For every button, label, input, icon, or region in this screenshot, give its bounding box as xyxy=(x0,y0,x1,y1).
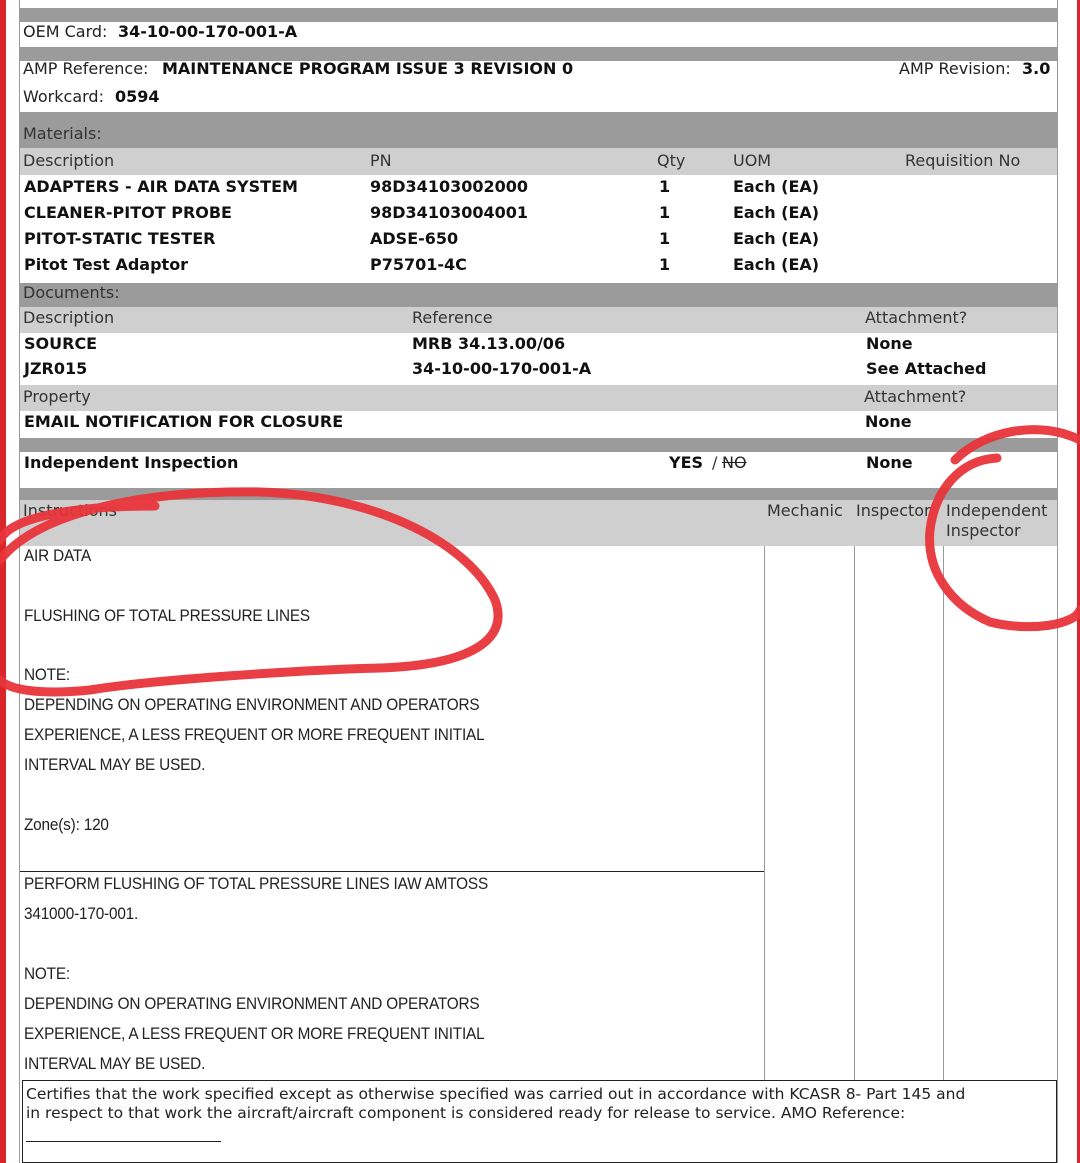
col-attachment: Attachment? xyxy=(865,308,967,328)
instruction-line: INTERVAL MAY BE USED. xyxy=(24,1054,205,1074)
document-reference: MRB 34.13.00/06 xyxy=(412,334,565,354)
instruction-line: DEPENDING ON OPERATING ENVIRONMENT AND O… xyxy=(24,695,479,715)
material-pn: 98D34103002000 xyxy=(370,177,528,197)
workcard-document: OEM Card: 34-10-00-170-001-A AMP Referen… xyxy=(19,0,1058,1163)
instruction-step-2: PERFORM FLUSHING OF TOTAL PRESSURE LINES… xyxy=(20,872,764,1080)
material-description: ADAPTERS - AIR DATA SYSTEM xyxy=(24,177,298,197)
instruction-line: PERFORM FLUSHING OF TOTAL PRESSURE LINES… xyxy=(24,874,488,894)
independent-inspection-value: None xyxy=(866,453,913,473)
table-row: EMAIL NOTIFICATION FOR CLOSURE None xyxy=(20,411,1057,437)
instruction-line: FLUSHING OF TOTAL PRESSURE LINES xyxy=(24,606,310,626)
certification-box: Certifies that the work specified except… xyxy=(22,1080,1057,1163)
certification-text: Certifies that the work specified except… xyxy=(26,1085,1056,1123)
materials-section-header: Materials: xyxy=(20,112,1057,148)
instruction-line: AIR DATA xyxy=(24,546,91,566)
instruction-line: EXPERIENCE, A LESS FREQUENT OR MORE FREQ… xyxy=(24,1024,484,1044)
materials-label: Materials: xyxy=(23,124,102,144)
material-pn: 98D34103004001 xyxy=(370,203,528,223)
material-uom: Each (EA) xyxy=(733,177,819,197)
documents-label: Documents: xyxy=(23,283,120,303)
documents-table-body: SOURCE MRB 34.13.00/06 None JZR015 34-10… xyxy=(20,333,1057,385)
independent-inspection-no[interactable]: NO xyxy=(722,453,747,473)
property-attachment: None xyxy=(865,412,912,432)
material-uom: Each (EA) xyxy=(733,255,819,275)
materials-table-body: ADAPTERS - AIR DATA SYSTEM 98D3410300200… xyxy=(20,175,1057,283)
col-pn: PN xyxy=(370,151,392,171)
col-property: Property xyxy=(23,387,91,407)
material-description: CLEANER-PITOT PROBE xyxy=(24,203,232,223)
inspector-signoff-column[interactable] xyxy=(854,546,855,1081)
oem-card-row: OEM Card: 34-10-00-170-001-A xyxy=(20,22,1057,48)
workcard-label: Workcard: xyxy=(23,87,104,107)
oem-card-value: 34-10-00-170-001-A xyxy=(118,22,297,42)
material-description: PITOT-STATIC TESTER xyxy=(24,229,215,249)
document-reference: 34-10-00-170-001-A xyxy=(412,359,591,379)
independent-inspection-row: Independent Inspection YES / NO None xyxy=(20,452,1057,488)
documents-section-header: Documents: xyxy=(20,283,1057,307)
material-qty: 1 xyxy=(659,255,670,275)
independent-inspector-signoff-column[interactable] xyxy=(943,546,944,1081)
material-uom: Each (EA) xyxy=(733,229,819,249)
col-instructions: Instructions xyxy=(23,501,117,521)
material-qty: 1 xyxy=(659,177,670,197)
material-pn: ADSE-650 xyxy=(370,229,458,249)
page-margin-left xyxy=(6,0,18,1163)
material-qty: 1 xyxy=(659,229,670,249)
section-divider xyxy=(20,8,1057,22)
col-requisition: Requisition No xyxy=(905,151,1020,171)
amp-reference-label: AMP Reference: xyxy=(23,59,148,79)
materials-column-header: Description PN Qty UOM Requisition No xyxy=(20,148,1057,175)
section-divider xyxy=(20,438,1057,452)
instruction-line: INTERVAL MAY BE USED. xyxy=(24,755,205,775)
independent-inspection-label: Independent Inspection xyxy=(24,453,238,473)
oem-card-label: OEM Card: xyxy=(23,22,107,42)
section-divider xyxy=(20,488,1057,500)
col-description: Description xyxy=(23,151,114,171)
instruction-line: NOTE: xyxy=(24,665,70,685)
instruction-line: EXPERIENCE, A LESS FREQUENT OR MORE FREQ… xyxy=(24,725,484,745)
amp-reference-row: AMP Reference: MAINTENANCE PROGRAM ISSUE… xyxy=(20,61,1057,111)
instruction-line: DEPENDING ON OPERATING ENVIRONMENT AND O… xyxy=(24,994,479,1014)
amp-revision-value: 3.0 xyxy=(1022,59,1050,79)
independent-inspection-separator: / xyxy=(712,453,717,473)
instructions-column-header: Instructions Mechanic Inspector Independ… xyxy=(20,500,1057,546)
col-description: Description xyxy=(23,308,114,328)
material-pn: P75701-4C xyxy=(370,255,467,275)
documents-column-header: Description Reference Attachment? xyxy=(20,307,1057,333)
document-attachment-link[interactable]: See Attached xyxy=(866,359,986,379)
col-mechanic: Mechanic xyxy=(767,501,843,521)
document-description: SOURCE xyxy=(24,334,97,354)
col-uom: UOM xyxy=(733,151,771,171)
material-qty: 1 xyxy=(659,203,670,223)
col-reference: Reference xyxy=(412,308,493,328)
amtoss-reference: 341000-170-001. xyxy=(24,904,138,924)
instruction-step-1: AIR DATA FLUSHING OF TOTAL PRESSURE LINE… xyxy=(20,546,764,871)
certification-line: Certifies that the work specified except… xyxy=(26,1085,1056,1104)
workcard-value: 0594 xyxy=(115,87,160,107)
amp-reference-value: MAINTENANCE PROGRAM ISSUE 3 REVISION 0 xyxy=(162,59,573,79)
property-description: EMAIL NOTIFICATION FOR CLOSURE xyxy=(24,412,343,432)
material-description: Pitot Test Adaptor xyxy=(24,255,188,275)
document-attachment: None xyxy=(866,334,913,354)
certification-line: in respect to that work the aircraft/air… xyxy=(26,1104,1056,1123)
col-inspector: Inspector xyxy=(856,501,931,521)
independent-inspection-yes[interactable]: YES xyxy=(669,453,703,473)
material-uom: Each (EA) xyxy=(733,203,819,223)
instruction-line: NOTE: xyxy=(24,964,70,984)
document-description: JZR015 xyxy=(24,359,87,379)
property-column-header: Property Attachment? xyxy=(20,385,1057,411)
col-qty: Qty xyxy=(657,151,685,171)
col-independent-inspector: Independent Inspector xyxy=(946,501,1058,541)
mechanic-signoff-column[interactable] xyxy=(764,546,765,1081)
col-attachment: Attachment? xyxy=(864,387,966,407)
amo-reference-signature-line[interactable] xyxy=(26,1141,221,1142)
zone-label: Zone(s): 120 xyxy=(24,815,109,835)
amp-revision-label: AMP Revision: xyxy=(899,59,1011,79)
